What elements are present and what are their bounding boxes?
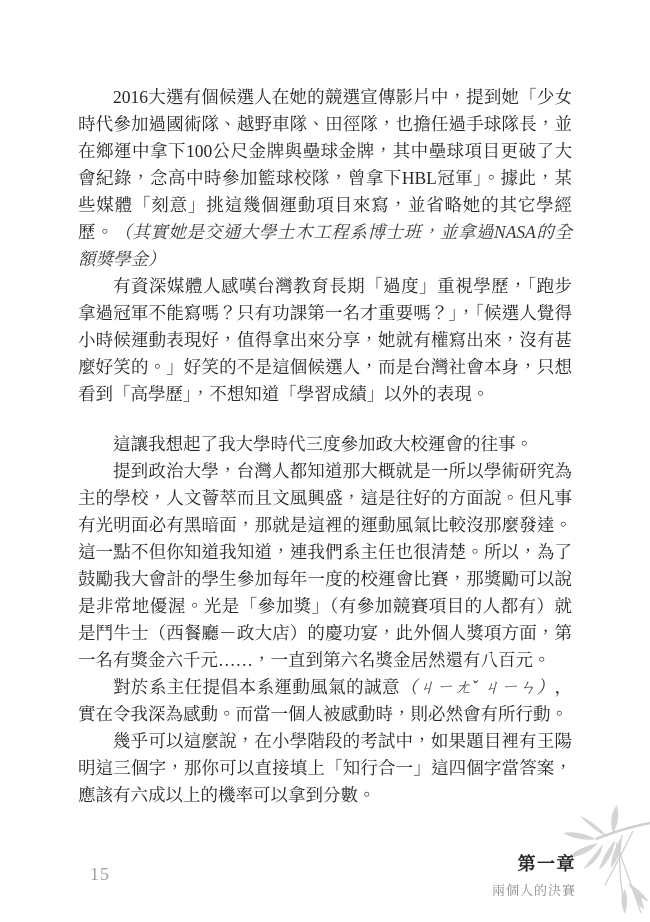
paragraph: 這讓我想起了我大學時代三度參加政大校運會的往事。 xyxy=(78,431,572,458)
text-segment: 對於系主任提倡本系運動風氣的誠意 xyxy=(113,677,400,697)
text-segment: 2016大選有個候選人在她的競選宣傳影片中，提到她「少女時代參加過國術隊、越野車… xyxy=(78,87,572,242)
book-page: 2016大選有個候選人在她的競選宣傳影片中，提到她「少女時代參加過國術隊、越野車… xyxy=(0,0,650,922)
body-text: 2016大選有個候選人在她的競選宣傳影片中，提到她「少女時代參加過國術隊、越野車… xyxy=(78,84,572,809)
text-segment: 幾乎可以這麼說，在小學階段的考試中，如果題目裡有王陽明這三個字，那你可以直接填上… xyxy=(78,731,572,805)
paragraph: 2016大選有個候選人在她的競選宣傳影片中，提到她「少女時代參加過國術隊、越野車… xyxy=(78,84,572,273)
kai-text-segment: （ㄐㄧㄤˇ ㄐㄧㄣ） xyxy=(400,677,555,697)
paragraph: 幾乎可以這麼說，在小學階段的考試中，如果題目裡有王陽明這三個字，那你可以直接填上… xyxy=(78,728,572,809)
text-segment: 這讓我想起了我大學時代三度參加政大校運會的往事。 xyxy=(113,434,533,454)
chapter-title: 第一章 xyxy=(492,850,576,876)
paragraph: 提到政治大學，台灣人都知道那大概就是一所以學術研究為主的學校，人文薈萃而且文風興… xyxy=(78,458,572,674)
chapter-subtitle: 兩個人的決賽 xyxy=(492,880,576,899)
page-number: 15 xyxy=(90,864,110,885)
text-segment: 提到政治大學，台灣人都知道那大概就是一所以學術研究為主的學校，人文薈萃而且文風興… xyxy=(78,461,572,670)
paragraph: 有資深媒體人感嘆台灣教育長期「過度」重視學歷，「跑步拿過冠軍不能寫嗎？只有功課第… xyxy=(78,273,572,408)
paragraph: 對於系主任提倡本系運動風氣的誠意（ㄐㄧㄤˇ ㄐㄧㄣ），實在令我深為感動。而當一個… xyxy=(78,674,572,728)
kai-text-segment: （其實她是交通大學土木工程系博士班，並拿過NASA的全額獎學金） xyxy=(78,222,572,269)
text-segment: 有資深媒體人感嘆台灣教育長期「過度」重視學歷，「跑步拿過冠軍不能寫嗎？只有功課第… xyxy=(78,276,572,404)
chapter-block: 第一章 兩個人的決賽 xyxy=(492,850,576,899)
